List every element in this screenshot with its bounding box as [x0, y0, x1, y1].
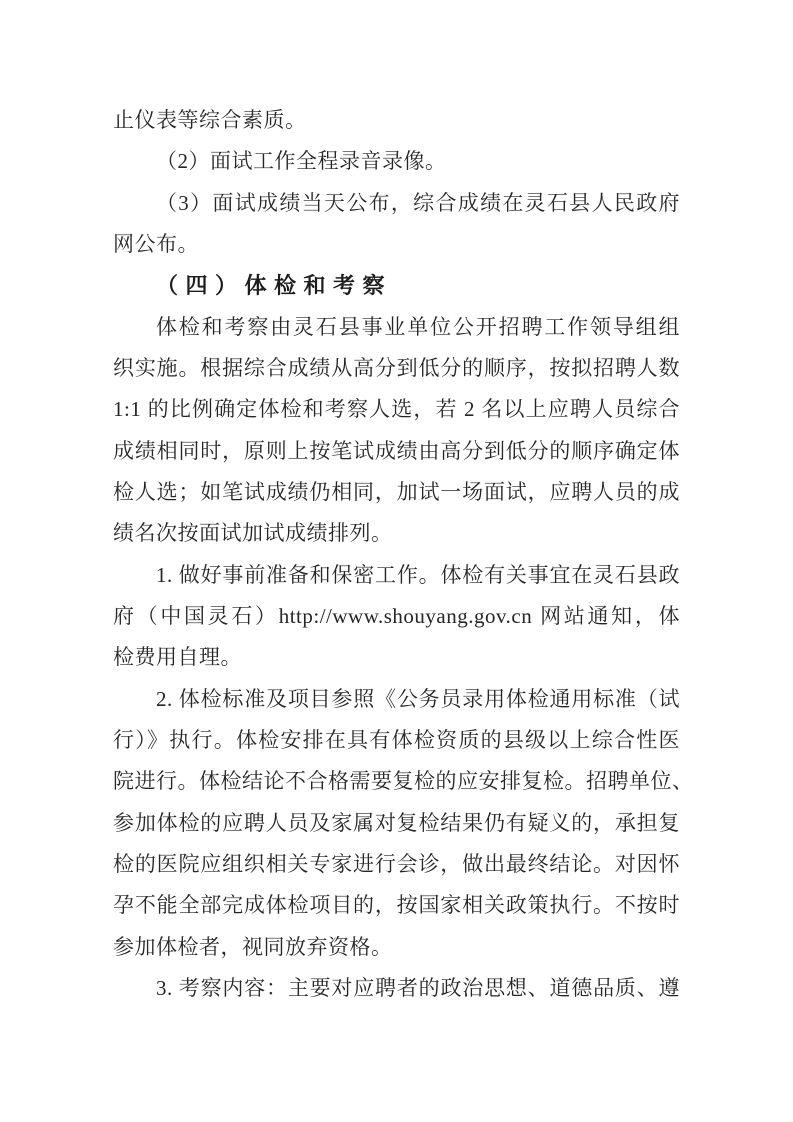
document-page: 止仪表等综合素质。（2）面试工作全程录音录像。（3）面试成绩当天公布，综合成绩在…: [0, 0, 793, 1122]
text-line: 织实施。根据综合成绩从高分到低分的顺序，按拟招聘人数: [113, 348, 680, 389]
text-line: 府（中国灵石）http://www.shouyang.gov.cn 网站通知，体: [113, 596, 680, 637]
text-line: 1. 做好事前准备和保密工作。体检有关事宜在灵石县政: [113, 555, 680, 596]
text-line: 网公布。: [113, 224, 680, 265]
text-line: 院进行。体检结论不合格需要复检的应安排复检。招聘单位、: [113, 761, 680, 802]
text-line: 检的医院应组织相关专家进行会诊，做出最终结论。对因怀: [113, 844, 680, 885]
text-line: 1:1 的比例确定体检和考察人选，若 2 名以上应聘人员综合: [113, 389, 680, 430]
text-line: 行）》执行。体检安排在具有体检资质的县级以上综合性医: [113, 720, 680, 761]
text-line: （2）面试工作全程录音录像。: [113, 141, 680, 182]
text-line: 检人选；如笔试成绩仍相同，加试一场面试，应聘人员的成: [113, 472, 680, 513]
text-line: （3）面试成绩当天公布，综合成绩在灵石县人民政府: [113, 183, 680, 224]
text-line: 参加体检的应聘人员及家属对复检结果仍有疑义的，承担复: [113, 803, 680, 844]
text-line: 参加体检者，视同放弃资格。: [113, 927, 680, 968]
text-line: 成绩相同时，原则上按笔试成绩由高分到低分的顺序确定体: [113, 431, 680, 472]
text-line: 2. 体检标准及项目参照《公务员录用体检通用标准（试: [113, 679, 680, 720]
section-heading: （四）体检和考察: [113, 265, 680, 306]
text-line: 检费用自理。: [113, 637, 680, 678]
text-line: 体检和考察由灵石县事业单位公开招聘工作领导组组: [113, 307, 680, 348]
text-line: 止仪表等综合素质。: [113, 100, 680, 141]
text-line: 3. 考察内容：主要对应聘者的政治思想、道德品质、遵: [113, 968, 680, 1009]
text-line: 孕不能全部完成体检项目的，按国家相关政策执行。不按时: [113, 885, 680, 926]
document-text-area: 止仪表等综合素质。（2）面试工作全程录音录像。（3）面试成绩当天公布，综合成绩在…: [113, 100, 680, 1009]
text-line: 绩名次按面试加试成绩排列。: [113, 513, 680, 554]
